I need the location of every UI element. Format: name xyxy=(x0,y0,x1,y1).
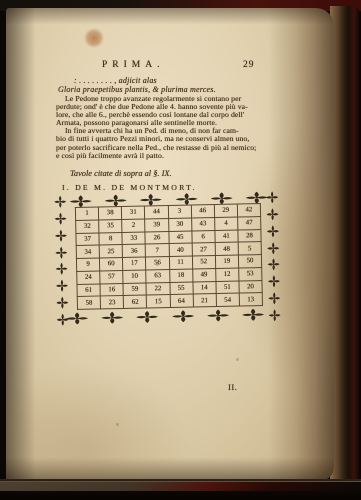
table-cell: 41 xyxy=(215,230,238,243)
table-cell: 48 xyxy=(215,242,238,255)
fleuron-icon xyxy=(53,212,66,225)
table-cell: 8 xyxy=(99,232,122,245)
fleuron-icon xyxy=(55,263,68,276)
table-cell: 54 xyxy=(216,293,239,306)
fleuron-icon xyxy=(69,194,93,207)
table-cell: 19 xyxy=(215,255,238,268)
fleuron-icon xyxy=(266,241,279,254)
table-caption: Tavole citate di sopra al §. IX. xyxy=(70,169,172,178)
table-cell: 44 xyxy=(145,206,168,219)
table-cell: 2 xyxy=(122,219,145,232)
table-cell: 59 xyxy=(123,282,146,295)
book-photo: PRIMA. 29 : . . . . . . . . , adjicit al… xyxy=(0,0,361,500)
fleuron-icon xyxy=(267,275,280,288)
table-cell: 61 xyxy=(77,283,100,296)
table-cell: 43 xyxy=(191,217,214,230)
fleuron-icon xyxy=(135,310,159,323)
knight-tour-table: 1383144346294232352393043447378332645641… xyxy=(75,203,263,310)
table-cell: 21 xyxy=(193,294,216,307)
table-cell: 6 xyxy=(192,230,215,243)
table-cell: 15 xyxy=(147,295,170,308)
fleuron-icon xyxy=(65,311,89,324)
ornamental-board-frame: 1383144346294232352393043447378332645641… xyxy=(53,190,286,331)
epigraph-line-2: Gloria praepetibus plantis, & plurima me… xyxy=(58,85,216,94)
table-cell: 12 xyxy=(215,268,238,281)
table-cell: 33 xyxy=(122,231,145,244)
table-cell: 28 xyxy=(238,229,261,242)
table-cell: 34 xyxy=(76,245,99,258)
fleuron-icon xyxy=(55,279,68,292)
fleuron-icon xyxy=(267,292,280,305)
orn-right xyxy=(265,191,282,322)
book-cover-band xyxy=(0,481,361,491)
fleuron-icon xyxy=(139,193,163,206)
foxing-speck xyxy=(116,423,119,426)
table-subtitle: I. DE M. DE MONTMORT. xyxy=(62,183,197,192)
table-cell: 45 xyxy=(168,231,191,244)
table-cell: 47 xyxy=(237,216,260,229)
table-cell: 57 xyxy=(100,270,123,283)
table-cell: 64 xyxy=(170,294,193,307)
fleuron-icon xyxy=(265,191,278,204)
table-cell: 46 xyxy=(191,205,214,218)
fleuron-icon xyxy=(206,308,230,321)
foxing-stain xyxy=(84,28,104,48)
table-cell: 29 xyxy=(214,204,237,217)
fleuron-icon xyxy=(104,193,128,206)
fleuron-icon xyxy=(209,191,233,204)
foxing-speck xyxy=(236,358,239,361)
table-cell: 36 xyxy=(122,244,145,257)
table-cell: 53 xyxy=(239,267,262,280)
table-cell: 14 xyxy=(193,281,216,294)
table-cell: 49 xyxy=(192,268,215,281)
orn-bottom xyxy=(65,307,265,325)
fleuron-icon xyxy=(53,195,66,208)
table-cell: 31 xyxy=(122,206,145,219)
table-cell: 63 xyxy=(146,269,169,282)
table-cell: 22 xyxy=(146,282,169,295)
fleuron-icon xyxy=(174,192,198,205)
table-cell: 3 xyxy=(168,205,191,218)
table-cell: 20 xyxy=(239,280,262,293)
table-cell: 55 xyxy=(169,282,192,295)
table-cell: 10 xyxy=(123,270,146,283)
table-cell: 56 xyxy=(146,257,169,270)
fleuron-icon xyxy=(171,309,195,322)
body-paragraph: Le Pedone troppo avanzate regolarmente s… xyxy=(56,95,266,160)
table-cell: 5 xyxy=(238,242,261,255)
fleuron-icon xyxy=(241,308,265,321)
fleuron-icon xyxy=(100,310,124,323)
table-cell: 7 xyxy=(146,244,169,257)
table-cell: 32 xyxy=(76,220,99,233)
table-cell: 27 xyxy=(192,243,215,256)
fleuron-icon xyxy=(266,258,279,271)
table-cell: 16 xyxy=(100,283,123,296)
table-cell: 26 xyxy=(145,231,168,244)
table-cell: 50 xyxy=(238,255,261,268)
table-cell: 9 xyxy=(76,258,99,271)
fleuron-icon xyxy=(265,208,278,221)
table-cell: 60 xyxy=(100,257,123,270)
table-cell: 1 xyxy=(75,207,98,220)
fleuron-icon xyxy=(54,246,67,259)
table-cell: 4 xyxy=(214,217,237,230)
table-cell: 58 xyxy=(77,296,100,309)
fleuron-icon xyxy=(54,229,67,242)
table-cell: 23 xyxy=(100,296,123,309)
table-cell: 52 xyxy=(192,256,215,269)
table-cell: 39 xyxy=(145,218,168,231)
fleuron-icon xyxy=(268,309,281,322)
table-cell: 18 xyxy=(169,269,192,282)
page-number: 29 xyxy=(243,60,255,70)
table-cell: 40 xyxy=(169,243,192,256)
running-title: PRIMA. xyxy=(102,60,164,70)
page-stack-fore-edge xyxy=(330,6,361,484)
table-cell: 62 xyxy=(123,295,146,308)
table-cell: 42 xyxy=(237,204,260,217)
table-cell: 17 xyxy=(123,257,146,270)
table-cell: 30 xyxy=(168,218,191,231)
table-cell: 51 xyxy=(216,281,239,294)
fleuron-icon xyxy=(55,296,68,309)
table-cell: 37 xyxy=(76,232,99,245)
fleuron-icon xyxy=(266,224,279,237)
epigraph-line-1: : . . . . . . . . , adjicit alas xyxy=(74,76,157,85)
orn-left xyxy=(53,195,70,326)
catchword: II. xyxy=(228,382,237,392)
table-cell: 11 xyxy=(169,256,192,269)
book-cover-edge-bottom xyxy=(0,479,361,500)
table-cell: 24 xyxy=(77,271,100,284)
table-cell: 38 xyxy=(98,206,121,219)
table-cell: 25 xyxy=(99,245,122,258)
table-cell: 35 xyxy=(99,219,122,232)
text-line: e così più facilmente avrà il patto. xyxy=(56,152,266,160)
table-cell: 13 xyxy=(239,293,262,306)
